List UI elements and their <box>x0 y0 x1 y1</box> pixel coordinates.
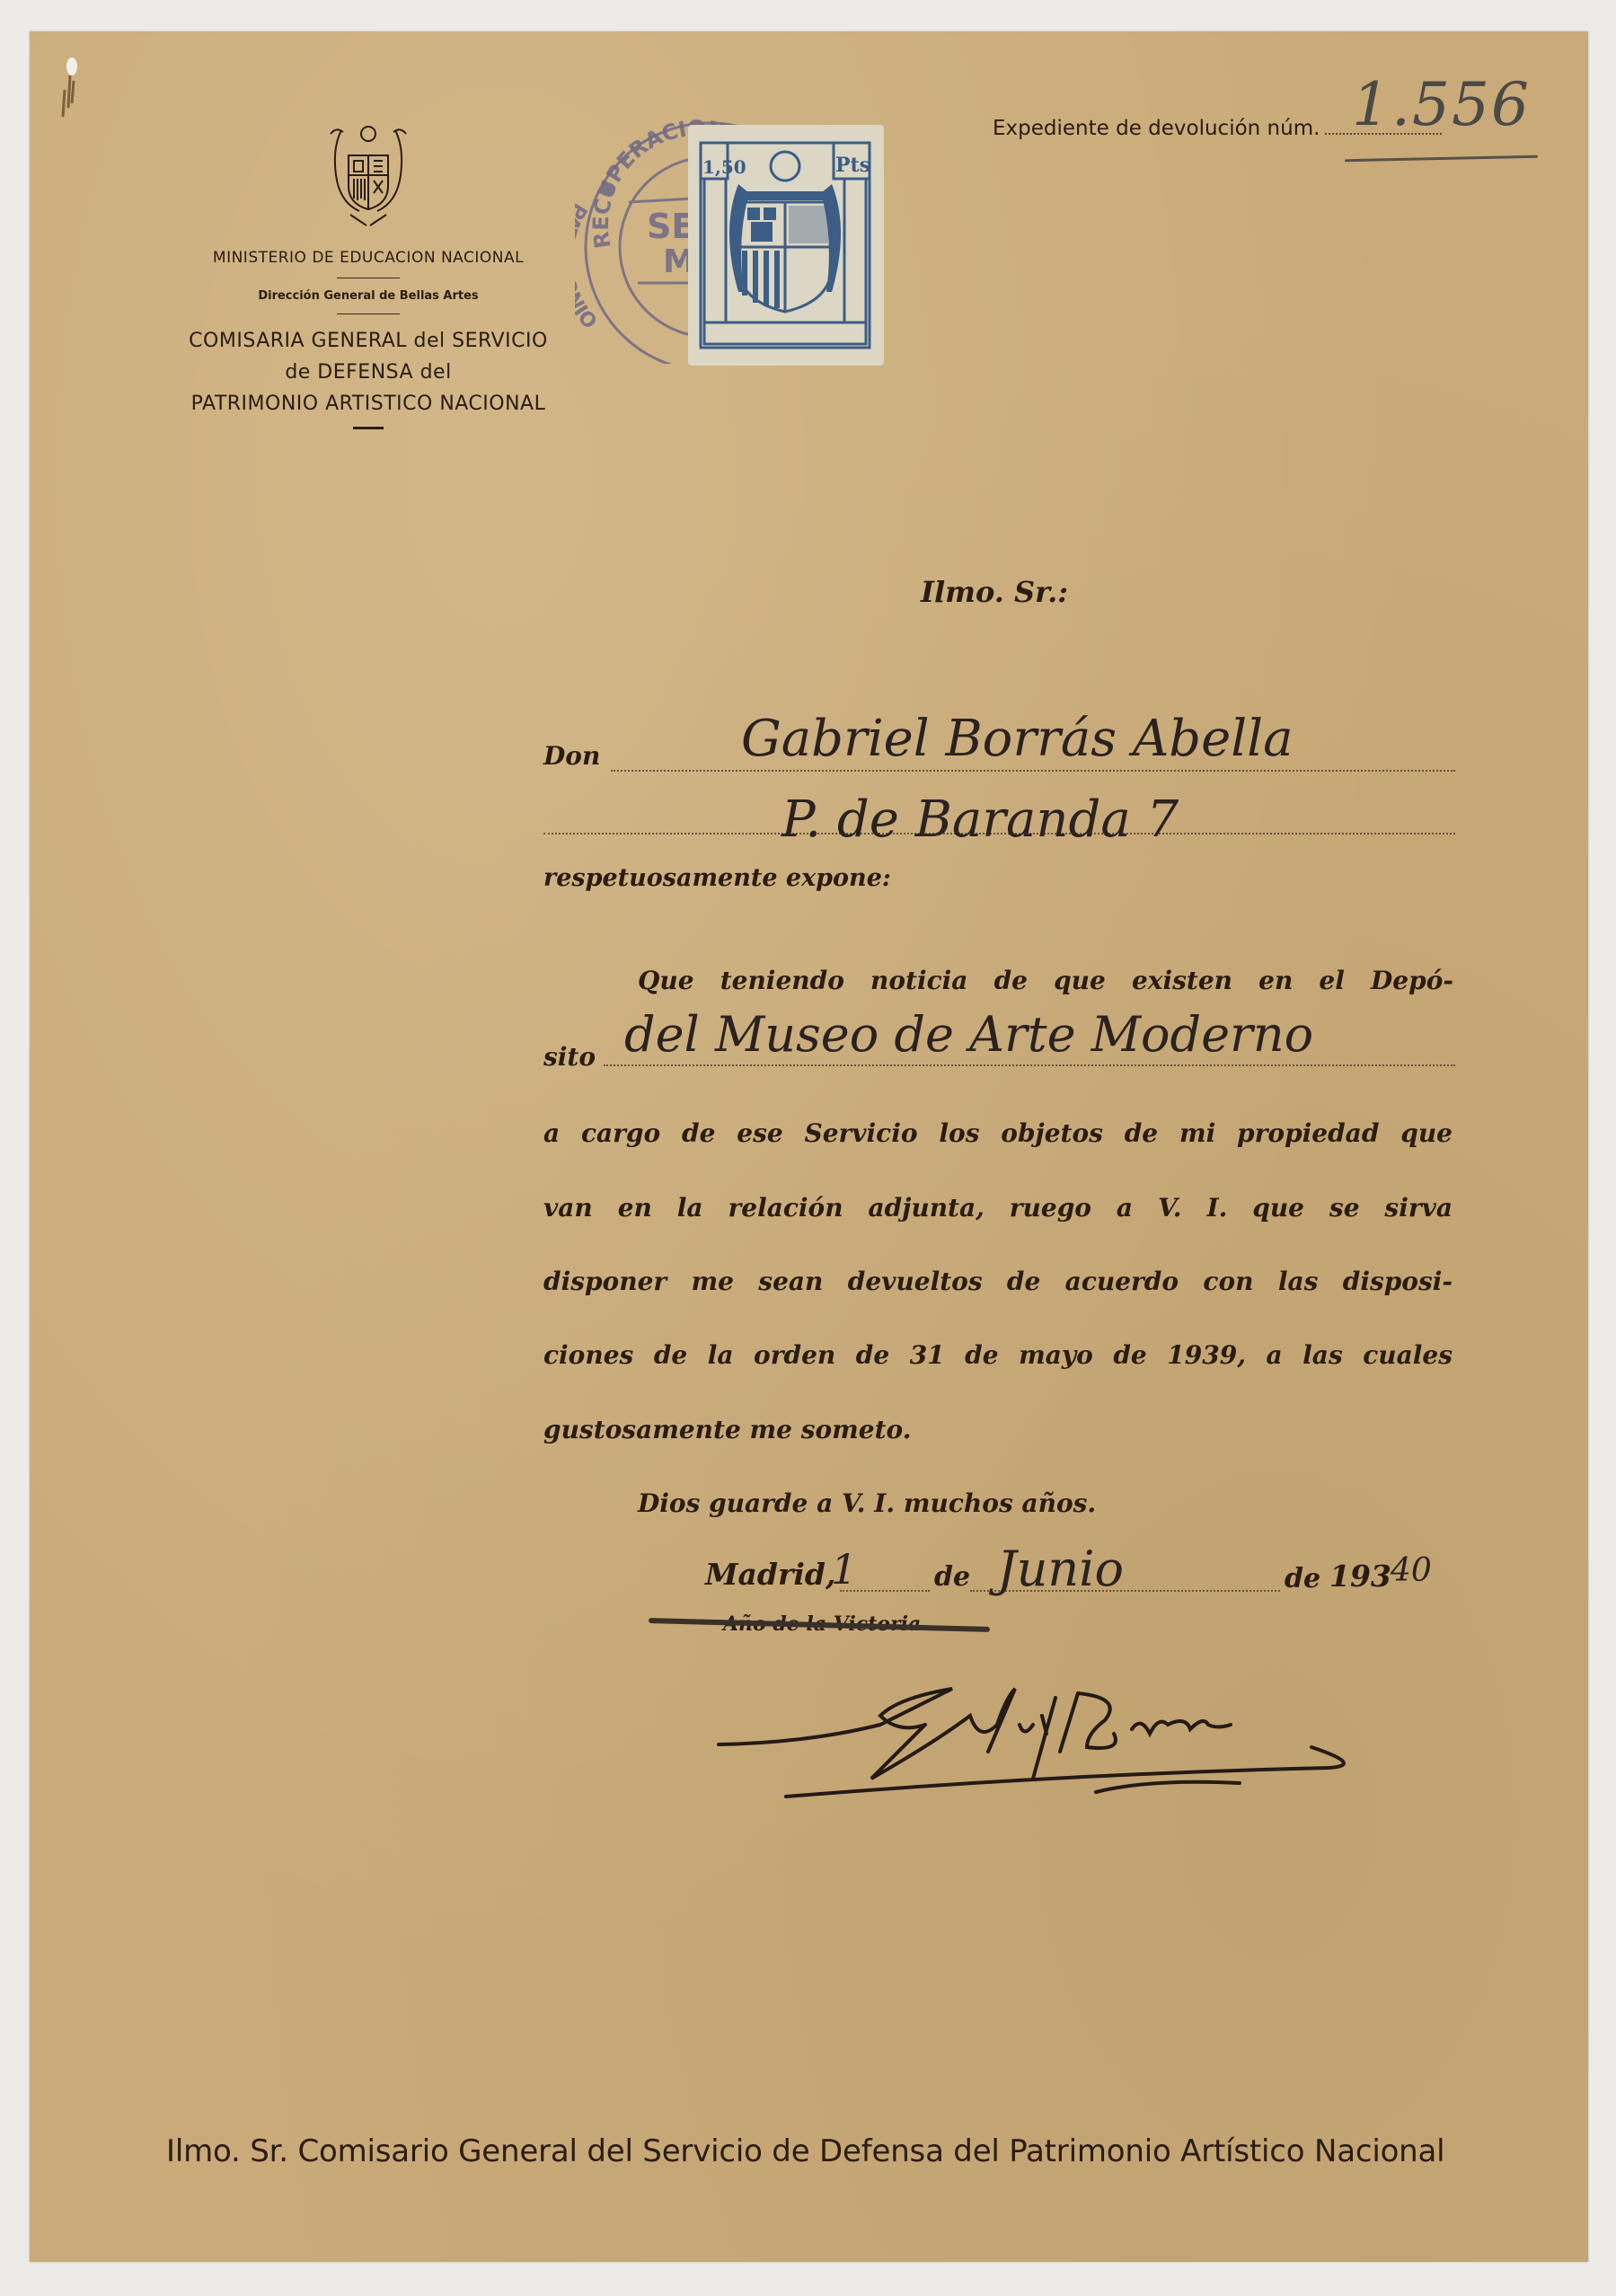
salutation: Ilmo. Sr.: <box>921 575 1068 609</box>
expediente-number: 1.556 <box>1352 70 1531 139</box>
divider <box>337 313 400 314</box>
closing-formula: Dios guarde a V. I. muchos años. <box>638 1488 1096 1518</box>
pin-mark-icon <box>54 54 90 153</box>
letterhead: MINISTERIO DE EDUCACION NACIONAL Direcci… <box>153 121 584 429</box>
comisaria-line-2: de DEFENSA del <box>153 357 584 388</box>
spanish-coat-of-arms-icon <box>323 121 413 229</box>
divider <box>353 427 384 429</box>
expediente-label: Expediente de devolución núm. <box>993 117 1320 140</box>
applicant-address: P. de Baranda 7 <box>782 790 1179 849</box>
date-year-handwritten: 40 <box>1391 1552 1432 1589</box>
tax-stamp-unit: Pts <box>835 154 870 177</box>
date-city: Madrid, <box>705 1557 835 1592</box>
body-line-5: disponer me sean devueltos de acuerdo co… <box>543 1267 1453 1296</box>
applicant-dotted-line-1 <box>611 770 1455 772</box>
comisaria-line-1: COMISARIA GENERAL del SERVICIO <box>153 325 584 357</box>
date-de-1: de <box>934 1561 970 1593</box>
signature-text: Gabriel Borrás <box>979 1714 986 1717</box>
body-line-7: gustosamente me someto. <box>543 1415 911 1444</box>
date-day: 1 <box>831 1545 857 1594</box>
date-de-2: de <box>1285 1563 1320 1594</box>
deposit-dotted-line <box>604 1064 1455 1066</box>
body-line-1: Que teniendo noticia de que existen en e… <box>638 966 1453 995</box>
applicant-label: Don <box>543 741 600 771</box>
body-line-3: a cargo de ese Servicio los objetos de m… <box>543 1118 1453 1148</box>
date-month: Junio <box>997 1541 1124 1597</box>
body-line-2-prefix: sito <box>543 1042 596 1072</box>
expone-label: respetuosamente expone: <box>543 864 891 892</box>
direction-name: Dirección General de Bellas Artes <box>153 289 584 303</box>
tax-stamp-value: 1,50 <box>702 156 746 178</box>
body-line-6: ciones de la orden de 31 de mayo de 1939… <box>543 1340 1453 1370</box>
addressee-footer: Ilmo. Sr. Comisario General del Servicio… <box>166 2133 1444 2169</box>
comisaria-line-3: PATRIMONIO ARTISTICO NACIONAL <box>153 388 584 419</box>
tax-stamp-icon: 1,50 Pts <box>684 121 887 369</box>
body-line-4: van en la relación adjunta, ruego a V. I… <box>543 1193 1453 1223</box>
divider <box>337 278 400 278</box>
applicant-name: Gabriel Borrás Abella <box>741 710 1293 768</box>
date-year-printed: 193 <box>1329 1559 1391 1594</box>
ministry-name: MINISTERIO DE EDUCACION NACIONAL <box>153 249 584 267</box>
handwritten-signature-icon: Gabriel Borrás <box>701 1662 1383 1815</box>
deposit-location: del Museo de Arte Moderno <box>624 1006 1313 1063</box>
